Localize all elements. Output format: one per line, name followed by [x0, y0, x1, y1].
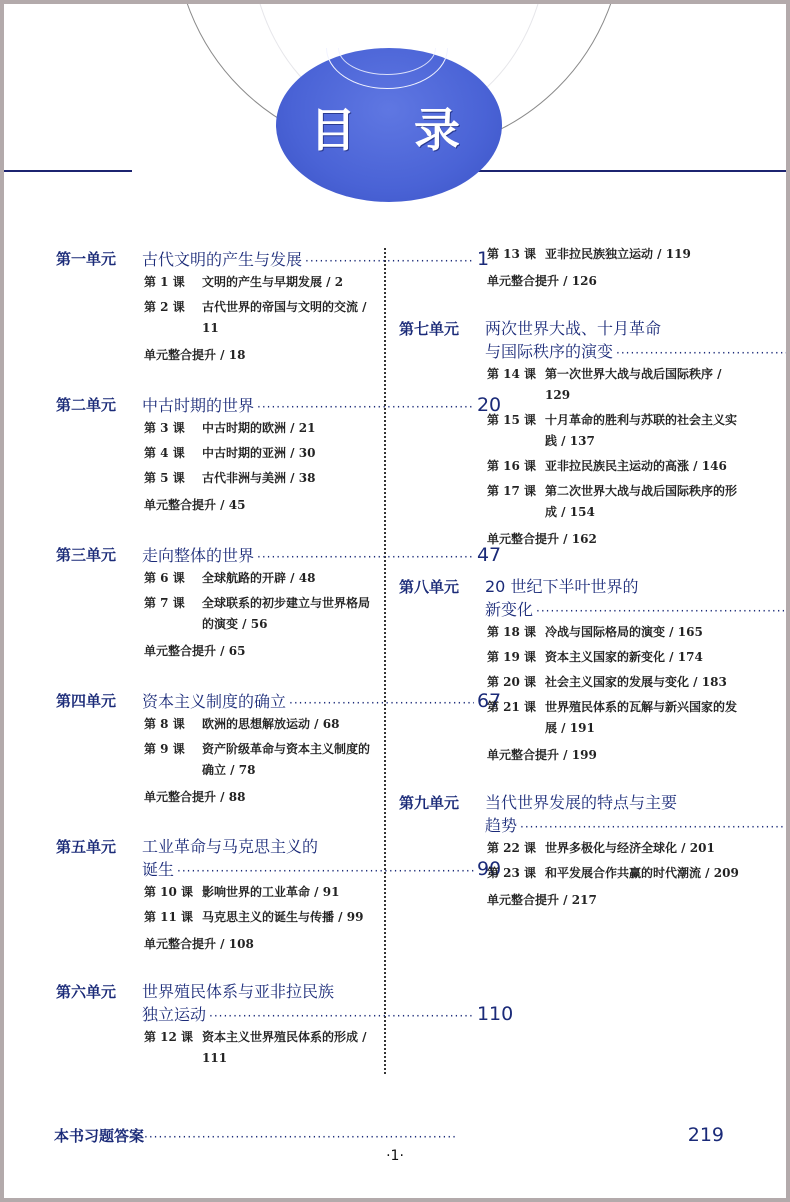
lesson-title: 全球联系的初步建立与世界格局的演变 / 56 — [202, 593, 381, 635]
unit-review-entry[interactable]: 单元整合提升 / 18 — [144, 345, 381, 366]
lesson-number: 第 2 课 — [144, 297, 202, 339]
lesson-entry[interactable]: 第 11 课马克思主义的诞生与传播 / 99 — [144, 907, 381, 928]
unit-review-entry[interactable]: 单元整合提升 / 162 — [487, 529, 739, 550]
unit-title: 20 世纪下半叶世界的 新变化 ························… — [485, 576, 786, 622]
lesson-title: 中古时期的欧洲 / 21 — [202, 418, 381, 439]
toc-right-column: 第 13 课亚非拉民族独立运动 / 119 单元整合提升 / 126 第七单元 … — [399, 244, 739, 911]
lesson-title: 亚非拉民族民主运动的高涨 / 146 — [545, 456, 739, 477]
lesson-entry[interactable]: 第 20 课社会主义国家的发展与变化 / 183 — [487, 672, 739, 693]
unit-title-text: 独立运动 — [142, 1004, 206, 1026]
leader-dots: ········································… — [536, 600, 786, 622]
toc-unit-continued: 第 13 课亚非拉民族独立运动 / 119 单元整合提升 / 126 — [399, 244, 739, 292]
lesson-entry[interactable]: 第 12 课资本主义世界殖民体系的形成 / 111 — [144, 1027, 381, 1069]
lesson-title: 影响世界的工业革命 / 91 — [202, 882, 381, 903]
lesson-number: 第 11 课 — [144, 907, 202, 928]
lesson-entry[interactable]: 第 23 课和平发展合作共赢的时代潮流 / 209 — [487, 863, 739, 884]
lesson-number: 第 6 课 — [144, 568, 202, 589]
lesson-number: 第 21 课 — [487, 697, 545, 739]
leader-dots: ········································… — [144, 1130, 680, 1144]
lesson-title: 资产阶级革命与资本主义制度的确立 / 78 — [202, 739, 381, 781]
unit-review-entry[interactable]: 单元整合提升 / 45 — [144, 495, 381, 516]
unit-title: 世界殖民体系与亚非拉民族 独立运动 ······················… — [142, 981, 513, 1027]
unit-label: 第一单元 — [56, 248, 142, 270]
lesson-entry[interactable]: 第 19 课资本主义国家的新变化 / 174 — [487, 647, 739, 668]
unit-label: 第四单元 — [56, 690, 142, 712]
lesson-number: 第 14 课 — [487, 364, 545, 406]
lesson-number: 第 1 课 — [144, 272, 202, 293]
unit-title-text: 工业革命与马克思主义的 — [142, 836, 318, 858]
lesson-entry[interactable]: 第 14 课第一次世界大战与战后国际秩序 / 129 — [487, 364, 739, 406]
answers-page-number: 219 — [688, 1124, 724, 1146]
page-title-char: 目 — [310, 94, 356, 160]
header-rule-left — [4, 170, 132, 172]
unit-title-text: 资本主义制度的确立 — [142, 691, 286, 713]
unit-label: 第六单元 — [56, 981, 142, 1003]
unit-title-text: 诞生 — [142, 859, 174, 881]
lesson-title: 中古时期的亚洲 / 30 — [202, 443, 381, 464]
unit-page-number: 110 — [477, 1003, 513, 1025]
lesson-title: 冷战与国际格局的演变 / 165 — [545, 622, 739, 643]
lesson-entry[interactable]: 第 8 课欧洲的思想解放运动 / 68 — [144, 714, 381, 735]
unit-review-entry[interactable]: 单元整合提升 / 126 — [487, 271, 739, 292]
lesson-title: 古代世界的帝国与文明的交流 / 11 — [202, 297, 381, 339]
lesson-number: 第 15 课 — [487, 410, 545, 452]
column-divider — [384, 248, 386, 1074]
unit-title-text: 趋势 — [485, 815, 517, 837]
lesson-entry[interactable]: 第 16 课亚非拉民族民主运动的高涨 / 146 — [487, 456, 739, 477]
lesson-entry[interactable]: 第 6 课全球航路的开辟 / 48 — [144, 568, 381, 589]
unit-label: 第九单元 — [399, 792, 485, 814]
leader-dots: ········································… — [520, 816, 786, 838]
lesson-entry[interactable]: 第 9 课资产阶级革命与资本主义制度的确立 / 78 — [144, 739, 381, 781]
lesson-number: 第 20 课 — [487, 672, 545, 693]
unit-title-text: 世界殖民体系与亚非拉民族 — [142, 981, 334, 1003]
page-title-char: 录 — [414, 94, 460, 160]
lesson-title: 第二次世界大战与战后国际秩序的形成 / 154 — [545, 481, 739, 523]
unit-title-text: 两次世界大战、十月革命 — [485, 318, 661, 340]
unit-review-entry[interactable]: 单元整合提升 / 199 — [487, 745, 739, 766]
answers-label: 本书习题答案 — [54, 1125, 144, 1146]
lesson-number: 第 4 课 — [144, 443, 202, 464]
unit-title-text: 中古时期的世界 — [142, 395, 254, 417]
lesson-entry[interactable]: 第 22 课世界多极化与经济全球化 / 201 — [487, 838, 739, 859]
toc-unit[interactable]: 第一单元 古代文明的产生与发展 ························… — [56, 248, 381, 366]
lesson-entry[interactable]: 第 18 课冷战与国际格局的演变 / 165 — [487, 622, 739, 643]
lesson-number: 第 12 课 — [144, 1027, 202, 1069]
unit-title-text: 与国际秩序的演变 — [485, 341, 613, 363]
lesson-entry[interactable]: 第 21 课世界殖民体系的瓦解与新兴国家的发展 / 191 — [487, 697, 739, 739]
lesson-title: 文明的产生与早期发展 / 2 — [202, 272, 381, 293]
lesson-number: 第 9 课 — [144, 739, 202, 781]
unit-title-text: 20 世纪下半叶世界的 — [485, 576, 638, 598]
lesson-title: 世界多极化与经济全球化 / 201 — [545, 838, 739, 859]
toc-unit[interactable]: 第五单元 工业革命与马克思主义的 诞生 ····················… — [56, 836, 381, 955]
toc-unit[interactable]: 第二单元 中古时期的世界 ···························… — [56, 394, 381, 516]
lesson-title: 世界殖民体系的瓦解与新兴国家的发展 / 191 — [545, 697, 739, 739]
lesson-title: 十月革命的胜利与苏联的社会主义实践 / 137 — [545, 410, 739, 452]
lesson-entry[interactable]: 第 17 课第二次世界大战与战后国际秩序的形成 / 154 — [487, 481, 739, 523]
leader-dots: ········································… — [209, 1005, 474, 1027]
toc-unit[interactable]: 第九单元 当代世界发展的特点与主要 趋势 ···················… — [399, 792, 739, 911]
lesson-entry[interactable]: 第 3 课中古时期的欧洲 / 21 — [144, 418, 381, 439]
toc-unit[interactable]: 第七单元 两次世界大战、十月革命 与国际秩序的演变 ··············… — [399, 318, 739, 550]
lesson-entry[interactable]: 第 2 课古代世界的帝国与文明的交流 / 11 — [144, 297, 381, 339]
lesson-number: 第 18 课 — [487, 622, 545, 643]
unit-title: 当代世界发展的特点与主要 趋势 ························… — [485, 792, 786, 838]
lesson-number: 第 23 课 — [487, 863, 545, 884]
lesson-entry[interactable]: 第 10 课影响世界的工业革命 / 91 — [144, 882, 381, 903]
lesson-number: 第 10 课 — [144, 882, 202, 903]
lesson-number: 第 7 课 — [144, 593, 202, 635]
title-badge: 目 录 — [276, 48, 502, 202]
lesson-number: 第 13 课 — [487, 244, 545, 265]
lesson-number: 第 22 课 — [487, 838, 545, 859]
lesson-title: 亚非拉民族独立运动 / 119 — [545, 244, 739, 265]
lesson-entry[interactable]: 第 1 课文明的产生与早期发展 / 2 — [144, 272, 381, 293]
unit-label: 第八单元 — [399, 576, 485, 598]
lesson-title: 和平发展合作共赢的时代潮流 / 209 — [545, 863, 739, 884]
lesson-title: 社会主义国家的发展与变化 / 183 — [545, 672, 739, 693]
lesson-title: 第一次世界大战与战后国际秩序 / 129 — [545, 364, 739, 406]
lesson-entry[interactable]: 第 13 课亚非拉民族独立运动 / 119 — [487, 244, 739, 265]
lesson-number: 第 3 课 — [144, 418, 202, 439]
toc-page: 目 录 第一单元 古代文明的产生与发展 ····················… — [4, 4, 786, 1198]
unit-review-entry[interactable]: 单元整合提升 / 217 — [487, 890, 739, 911]
lesson-title: 资本主义国家的新变化 / 174 — [545, 647, 739, 668]
unit-label: 第三单元 — [56, 544, 142, 566]
toc-unit[interactable]: 第八单元 20 世纪下半叶世界的 新变化 ···················… — [399, 576, 739, 766]
unit-review-entry[interactable]: 单元整合提升 / 108 — [144, 934, 381, 955]
lesson-entry[interactable]: 第 4 课中古时期的亚洲 / 30 — [144, 443, 381, 464]
unit-review-entry[interactable]: 单元整合提升 / 65 — [144, 641, 381, 662]
answers-entry[interactable]: 本书习题答案 ·································… — [54, 1124, 724, 1146]
lesson-title: 欧洲的思想解放运动 / 68 — [202, 714, 381, 735]
toc-unit[interactable]: 第四单元 资本主义制度的确立 ·························… — [56, 690, 381, 808]
unit-title-text: 走向整体的世界 — [142, 545, 254, 567]
unit-title-text: 新变化 — [485, 599, 533, 621]
lesson-number: 第 17 课 — [487, 481, 545, 523]
unit-title-text: 当代世界发展的特点与主要 — [485, 792, 677, 814]
leader-dots: ········································… — [616, 342, 786, 364]
lesson-title: 全球航路的开辟 / 48 — [202, 568, 381, 589]
toc-unit[interactable]: 第六单元 世界殖民体系与亚非拉民族 独立运动 ·················… — [56, 981, 381, 1069]
lesson-title: 马克思主义的诞生与传播 / 99 — [202, 907, 381, 928]
unit-label: 第七单元 — [399, 318, 485, 340]
toc-unit[interactable]: 第三单元 走向整体的世界 ···························… — [56, 544, 381, 662]
lesson-entry[interactable]: 第 7 课全球联系的初步建立与世界格局的演变 / 56 — [144, 593, 381, 635]
lesson-number: 第 8 课 — [144, 714, 202, 735]
unit-review-entry[interactable]: 单元整合提升 / 88 — [144, 787, 381, 808]
unit-label: 第二单元 — [56, 394, 142, 416]
lesson-title: 资本主义世界殖民体系的形成 / 111 — [202, 1027, 381, 1069]
lesson-entry[interactable]: 第 5 课古代非洲与美洲 / 38 — [144, 468, 381, 489]
unit-title: 两次世界大战、十月革命 与国际秩序的演变 ···················… — [485, 318, 786, 364]
page-folio: ·1· — [4, 1148, 786, 1164]
toc-left-column: 第一单元 古代文明的产生与发展 ························… — [56, 248, 381, 1069]
unit-title-text: 古代文明的产生与发展 — [142, 249, 302, 271]
lesson-number: 第 16 课 — [487, 456, 545, 477]
lesson-number: 第 19 课 — [487, 647, 545, 668]
lesson-title: 古代非洲与美洲 / 38 — [202, 468, 381, 489]
lesson-number: 第 5 课 — [144, 468, 202, 489]
unit-label: 第五单元 — [56, 836, 142, 858]
lesson-entry[interactable]: 第 15 课十月革命的胜利与苏联的社会主义实践 / 137 — [487, 410, 739, 452]
